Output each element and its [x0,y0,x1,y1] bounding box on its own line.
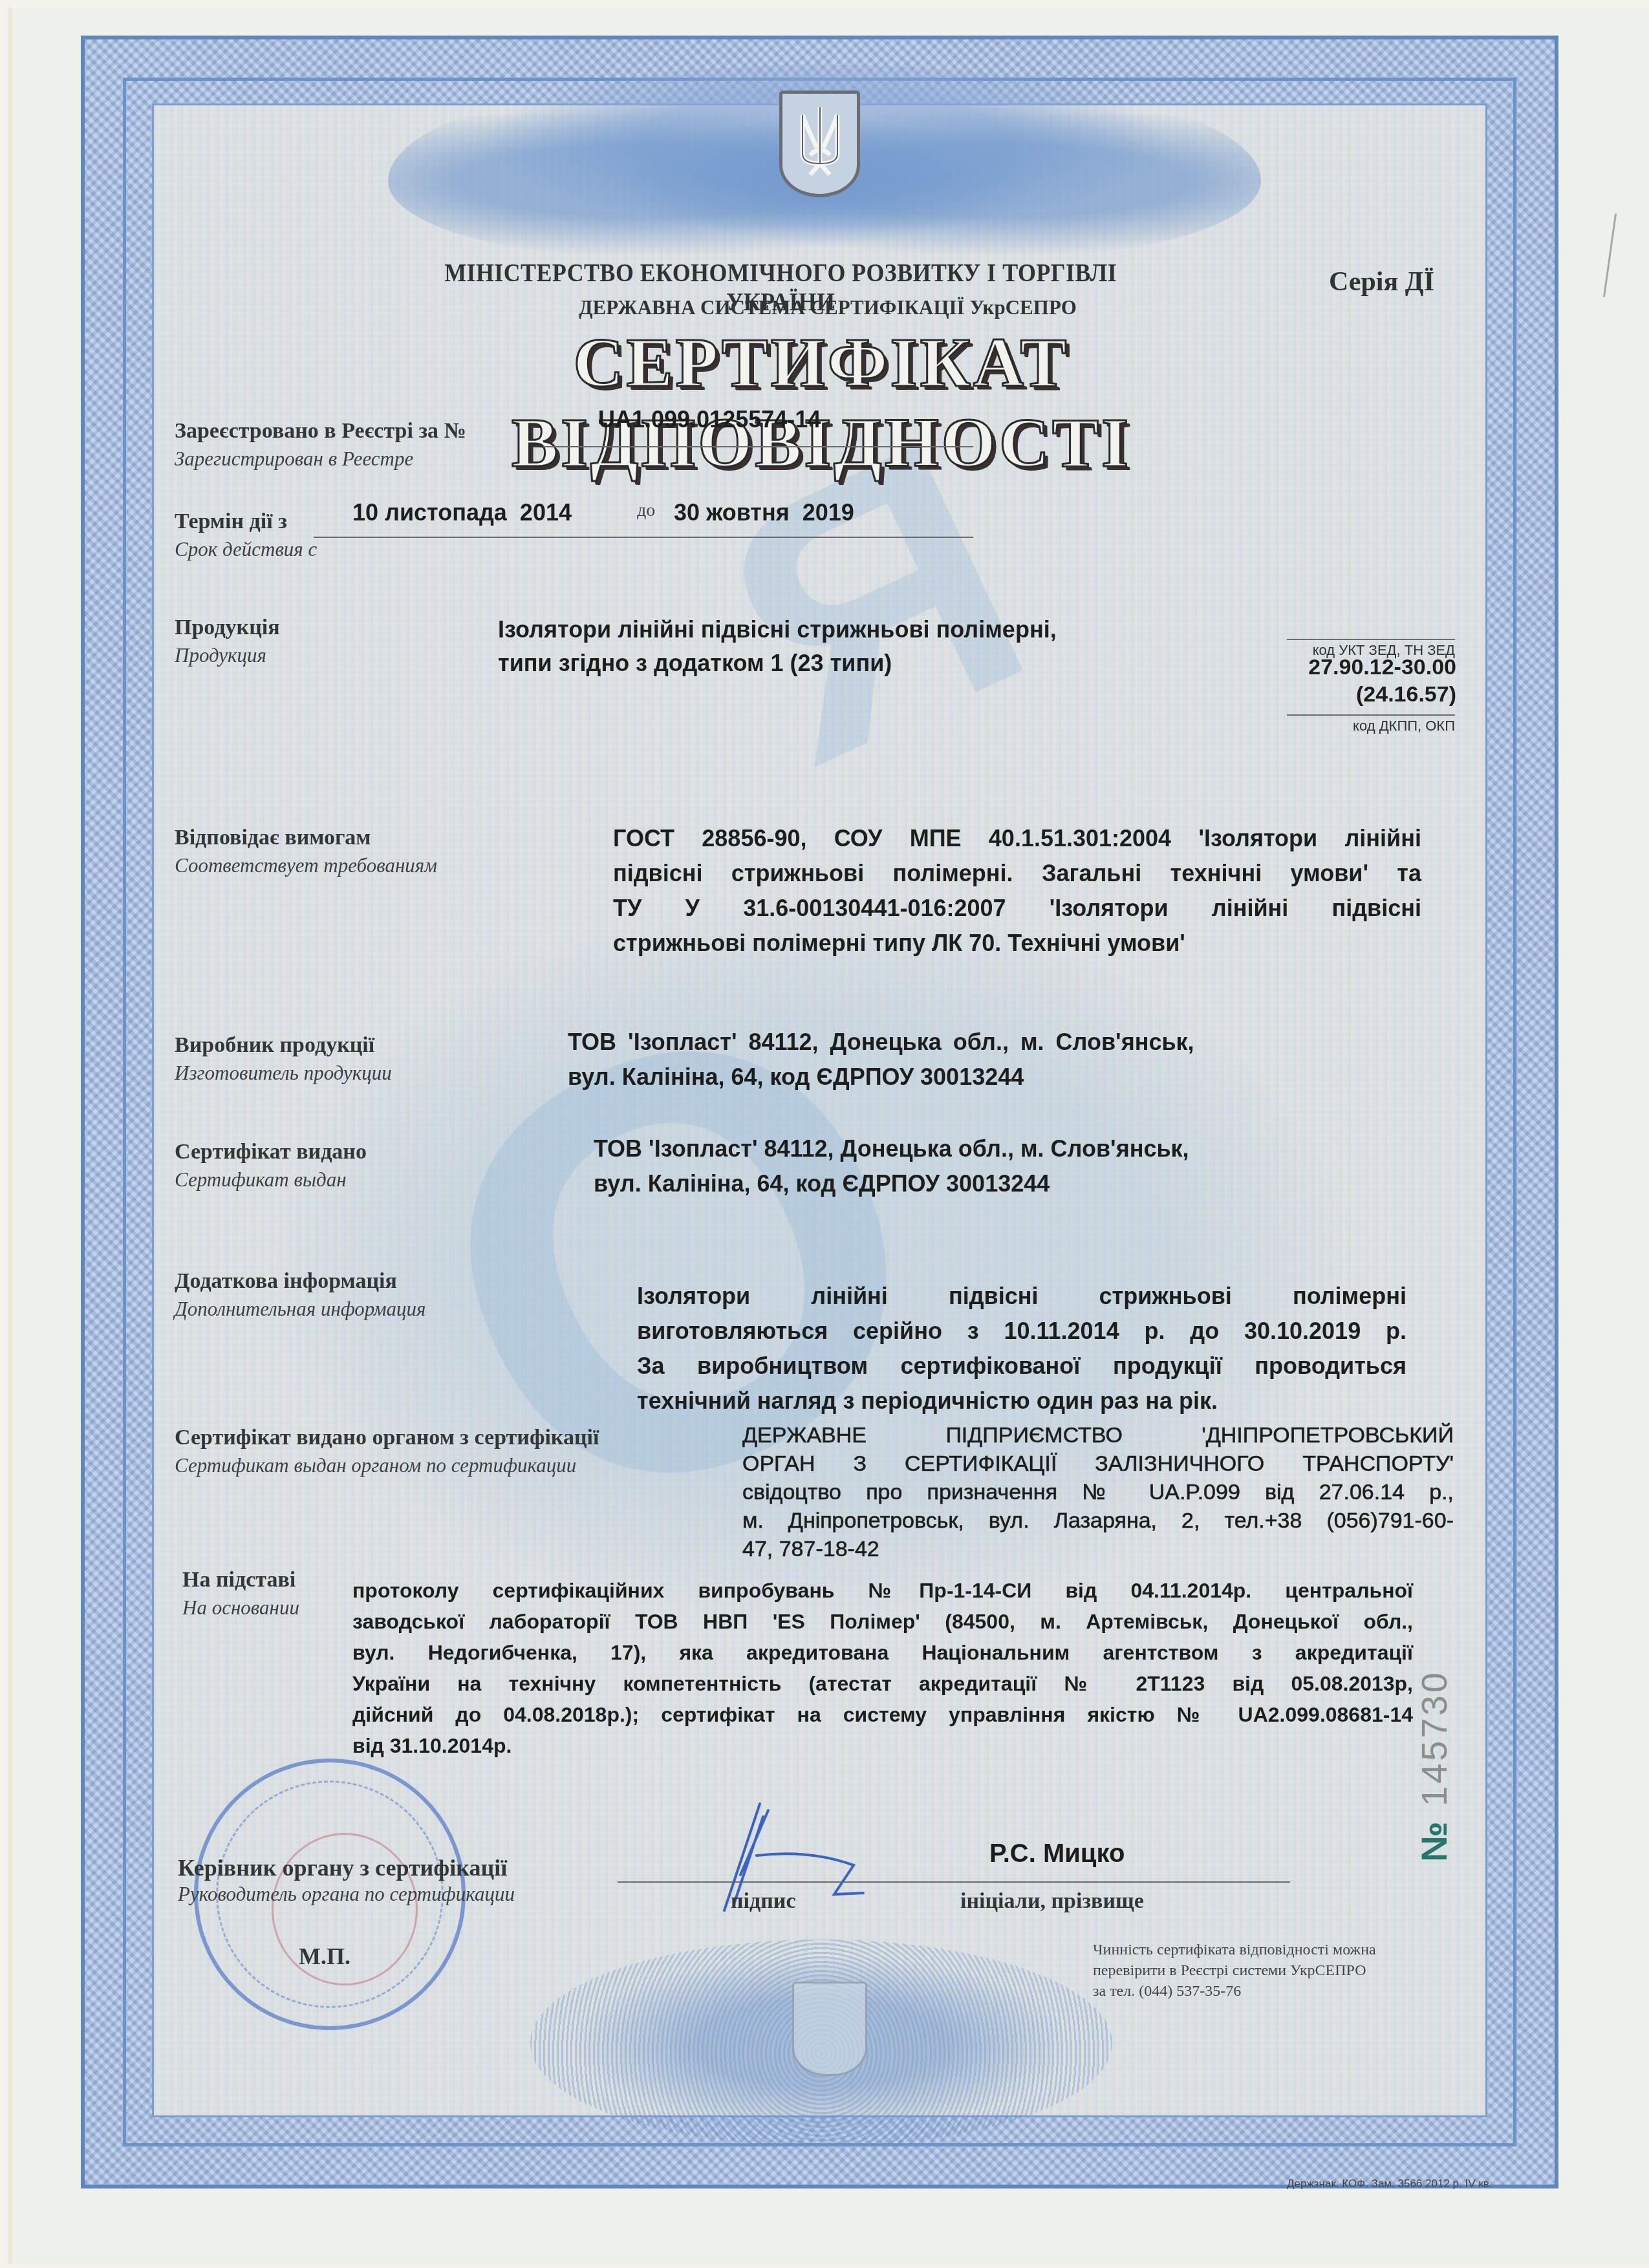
requirements-line: ТУ У 31.6-00130441-016:2007 'Ізолятори л… [613,891,1421,926]
issuing-body-line: ОРГАН З СЕРТИФІКАЦІЇ ЗАЛІЗНИЧНОГО ТРАНСП… [742,1450,1454,1478]
validity-to: 30 жовтня 2019 [674,495,854,530]
basis-label: На підставі [182,1568,296,1592]
issued-to-label: Сертифікат видано [175,1140,367,1164]
requirements-label-ru: Соответствует требованиям [175,854,437,877]
product-label: Продукція [175,615,280,640]
name-caption: ініціали, прізвище [960,1889,1144,1914]
issuing-body-label-ru: Сертификат выдан органом по сертификации [175,1454,576,1477]
signatory-label-ru: Руководитель органа по сертификации [178,1883,515,1906]
verification-note-line: перевірити в Реєстрі системи УкрСЕПРО [1093,1960,1468,1981]
basis-line: протоколу сертифікаційних випробувань №П… [352,1575,1413,1606]
validity-label: Термін дії з [175,509,287,534]
registration-underline [543,446,973,447]
additional-info-label: Додаткова інформація [175,1269,397,1294]
stamp-place-label: М.П. [299,1943,350,1970]
requirements-label: Відповідає вимогам [175,826,371,850]
validity-from: 10 листопада 2014 [352,495,572,530]
issued-to-label-ru: Сертификат выдан [175,1168,347,1192]
basis-label-ru: На основании [182,1596,299,1620]
product-line: типи згідно з додатком 1 (23 типи) [498,647,1057,680]
basis-line: дійсний до 04.08.2018р.); сертифікат на … [352,1699,1413,1730]
basis-line: заводської лабораторії ТОВ НВП 'ES Полім… [352,1606,1413,1637]
product-line: Ізолятори лінійні підвісні стрижньові по… [498,613,1057,647]
product-code-bottom: (24.16.57) [1287,680,1456,709]
trident-coat-of-arms-icon [779,91,860,197]
requirements-line: стрижньові полімерні типу ЛК 70. Технічн… [613,926,1421,961]
serial-prefix: № [1414,1819,1454,1862]
requirements-line: підвісні стрижньові полімерні. Загальні … [613,856,1421,891]
verification-note-line: Чинність сертифіката відповідності можна [1093,1940,1468,1960]
product-code-bottom-label: код ДКПП, ОКП [1287,718,1455,734]
issuing-body-line: ДЕРЖАВНЕ ПІДПРИЄМСТВО 'ДНІПРОПЕТРОВСЬКИЙ [742,1421,1454,1450]
basis-line: вул. Недогибченка, 17), яка акредитована… [352,1637,1413,1668]
verification-note-line: за тел. (044) 537-35-76 [1093,1981,1468,2002]
verification-note: Чинність сертифіката відповідності можна… [1093,1940,1468,2002]
requirements-line: ГОСТ 28856-90, СОУ МПЕ 40.1.51.301:2004 … [613,821,1421,856]
manufacturer-line: ТОВ 'Ізопласт' 84112, Донецька обл., м. … [568,1025,1194,1060]
issuing-body-line: 47, 787-18-42 [742,1535,1454,1563]
issuing-body-label: Сертифікат видано органом з сертифікації [175,1426,599,1450]
certification-system: ДЕРЖАВНА СИСТЕМА СЕРТИФІКАЦІЇ УкрСЕПРО [537,296,1119,319]
signatory-name: Р.С. Мицко [989,1839,1125,1868]
bottom-emblem-icon [792,1982,867,2076]
additional-info-label-ru: Дополнительная информация [175,1298,426,1321]
additional-info-line: виготовляються серійно з 10.11.2014 р. д… [637,1314,1406,1349]
basis-line: від 31.10.2014р. [352,1730,1413,1761]
issuing-body-line: свідоцтво про призначення № UA.P.099 від… [742,1478,1454,1506]
basis-line: України на технічну компетентність (атес… [352,1668,1413,1699]
certificate-title: СЕРТИФІКАТ ВІДПОВІДНОСТІ [327,323,1316,484]
trident-icon [791,102,849,186]
printer-mark: Держзнак. КОФ. Зам. 3566 2012 р. IV кв. [1287,2177,1492,2190]
manufacturer-label: Виробник продукції [175,1033,374,1058]
signatory-label: Керівник органу з сертифікації [178,1854,507,1881]
serial-number: № 145730 [1413,1670,1455,1862]
serial-value: 145730 [1414,1670,1454,1806]
manufacturer-line: вул. Калініна, 64, код ЄДРПОУ 30013244 [568,1060,1194,1095]
registration-label-ru: Зарегистрирован в Реестре [175,447,413,471]
registration-label: Зареєстровано в Реєстрі за № [175,419,466,444]
issued-to-line: ТОВ 'Ізопласт' 84112, Донецька обл., м. … [594,1131,1189,1166]
product-label-ru: Продукция [175,644,266,667]
signature-caption: підпис [731,1889,796,1914]
registration-number: UA1.099.0125574-14 [598,402,821,437]
additional-info-line: Ізолятори лінійні підвісні стрижньові по… [637,1279,1406,1314]
validity-to-word: до [637,500,655,521]
product-code-bottomline [1287,714,1455,716]
issuing-body-line: м. Дніпропетровськ, вул. Лазаряна, 2, те… [742,1506,1454,1535]
series-label: Серія ДЇ [1329,266,1434,297]
additional-info-line: За виробництвом сертифікованої продукції… [637,1349,1406,1384]
product-code-top: 27.90.12-30.00 [1287,653,1456,681]
product-code-topline [1287,639,1455,640]
issued-to-line: вул. Калініна, 64, код ЄДРПОУ 30013244 [594,1166,1189,1201]
additional-info-line: технічний нагляд з періодичністю один ра… [637,1384,1406,1418]
validity-label-ru: Срок действия с [175,538,317,561]
manufacturer-label-ru: Изготовитель продукции [175,1062,392,1085]
validity-underline [314,537,973,538]
